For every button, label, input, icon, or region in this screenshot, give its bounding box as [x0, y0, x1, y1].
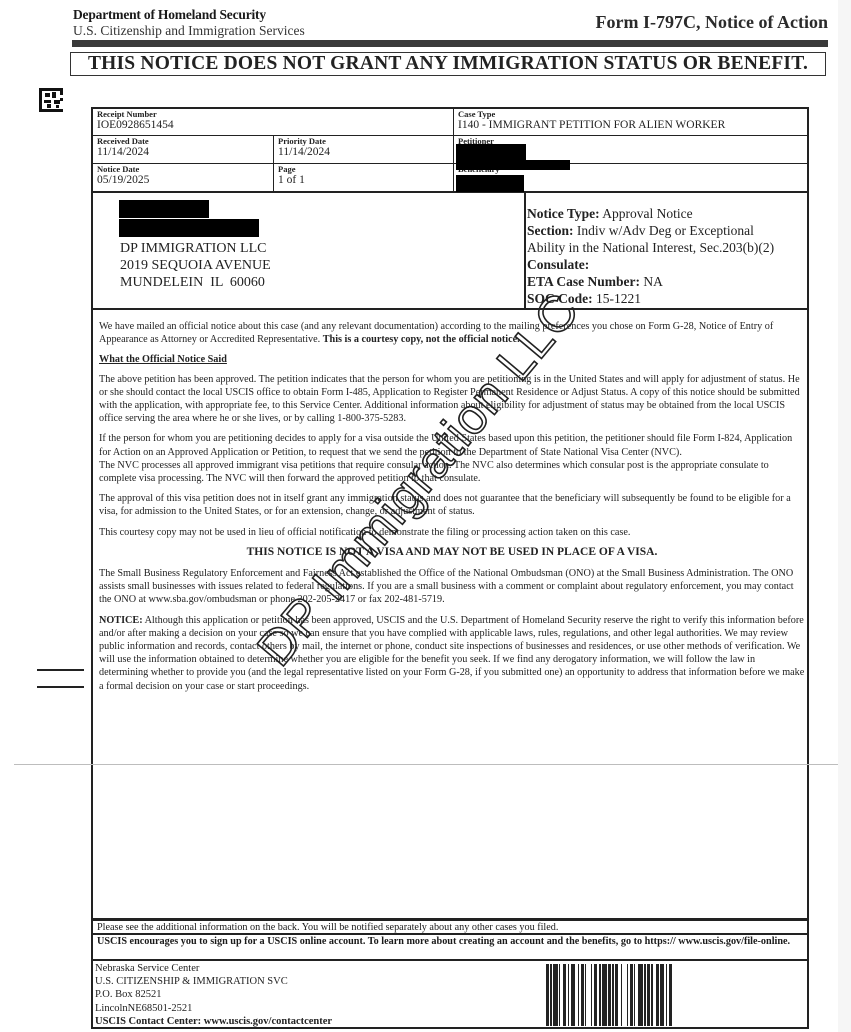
petitioner-redaction [500, 160, 570, 170]
visa-warning: THIS NOTICE IS NOT A VISA AND MAY NOT BE… [99, 546, 805, 559]
datamatrix-code-icon [39, 88, 63, 112]
received-date-cell: Received Date 11/14/2024 [93, 135, 273, 163]
status-disclaimer-banner: THIS NOTICE DOES NOT GRANT ANY IMMIGRATI… [70, 52, 826, 76]
case-type: I140 - IMMIGRANT PETITION FOR ALIEN WORK… [458, 119, 803, 132]
courtesy-copy-note: This is a courtesy copy, not the officia… [323, 334, 520, 345]
mailing-address: DP IMMIGRATION LLC 2019 SEQUOIA AVENUE M… [120, 240, 271, 291]
page-cell: Page 1 of 1 [273, 163, 453, 191]
contact-center: USCIS Contact Center: www.uscis.gov/cont… [95, 1015, 332, 1028]
paragraph-notice: NOTICE: Although this application or pet… [99, 614, 805, 693]
notice-page: Department of Homeland Security U.S. Cit… [0, 0, 839, 1032]
notice-date: 05/19/2025 [97, 174, 269, 187]
scrollbar[interactable] [838, 0, 851, 1032]
case-type-cell: Case Type I140 - IMMIGRANT PETITION FOR … [453, 109, 807, 135]
section-continued: Ability in the National Interest, Sec.20… [527, 239, 774, 256]
paragraph-ombudsman: The Small Business Regulatory Enforcemen… [99, 567, 805, 607]
notice-date-cell: Notice Date 05/19/2025 [93, 163, 273, 191]
additional-info: Please see the additional information on… [91, 919, 809, 934]
priority-date-cell: Priority Date 11/14/2024 [273, 135, 453, 163]
beneficiary-redaction [456, 175, 524, 192]
paragraph-visa-abroad: If the person for whom you are petitioni… [99, 432, 805, 458]
fold-mark [37, 669, 84, 671]
section-heading: What the Official Notice Said [99, 353, 805, 366]
form-title: Form I-797C, Notice of Action [596, 12, 828, 33]
receipt-number: IOE0928651454 [97, 119, 449, 132]
barcode-icon [546, 964, 711, 1026]
address-line-2: 2019 SEQUOIA AVENUE [120, 257, 271, 274]
scan-fold-line [14, 764, 838, 765]
page-number: 1 of 1 [278, 174, 449, 187]
address-line-3: MUNDELEIN IL 60060 [120, 274, 271, 291]
fold-mark [37, 686, 84, 688]
recipient-name-redaction [119, 200, 209, 218]
sub-agency-name: U.S. Citizenship and Immigration Service… [73, 23, 305, 39]
agency-name: Department of Homeland Security [73, 7, 266, 23]
soc-code: 15-1221 [596, 291, 641, 306]
paragraph-courtesy: This courtesy copy may not be used in li… [99, 526, 805, 539]
address-divider [524, 193, 526, 310]
notice-body: We have mailed an official notice about … [99, 320, 805, 700]
case-info-table: Receipt Number IOE0928651454 Case Type I… [91, 107, 809, 193]
received-date: 11/14/2024 [97, 146, 269, 159]
eta-case-number: NA [643, 274, 663, 289]
paragraph-approval: The above petition has been approved. Th… [99, 373, 805, 426]
paragraph-nvc: The NVC processes all approved immigrant… [99, 459, 805, 485]
notice-details: Notice Type: Approval Notice Section: In… [527, 205, 774, 307]
recipient-name-redaction [119, 219, 259, 237]
priority-date: 11/14/2024 [278, 146, 449, 159]
header-divider-bar [72, 40, 828, 47]
receipt-number-cell: Receipt Number IOE0928651454 [93, 109, 453, 135]
address-line-1: DP IMMIGRATION LLC [120, 240, 271, 257]
paragraph-no-status: The approval of this visa petition does … [99, 492, 805, 518]
service-center-address: Nebraska Service Center U.S. CITIZENSHIP… [95, 962, 332, 1028]
section: Indiv w/Adv Deg or Exceptional [577, 223, 754, 238]
notice-type: Approval Notice [602, 206, 692, 221]
online-account-note: USCIS encourages you to sign up for a US… [91, 933, 809, 961]
